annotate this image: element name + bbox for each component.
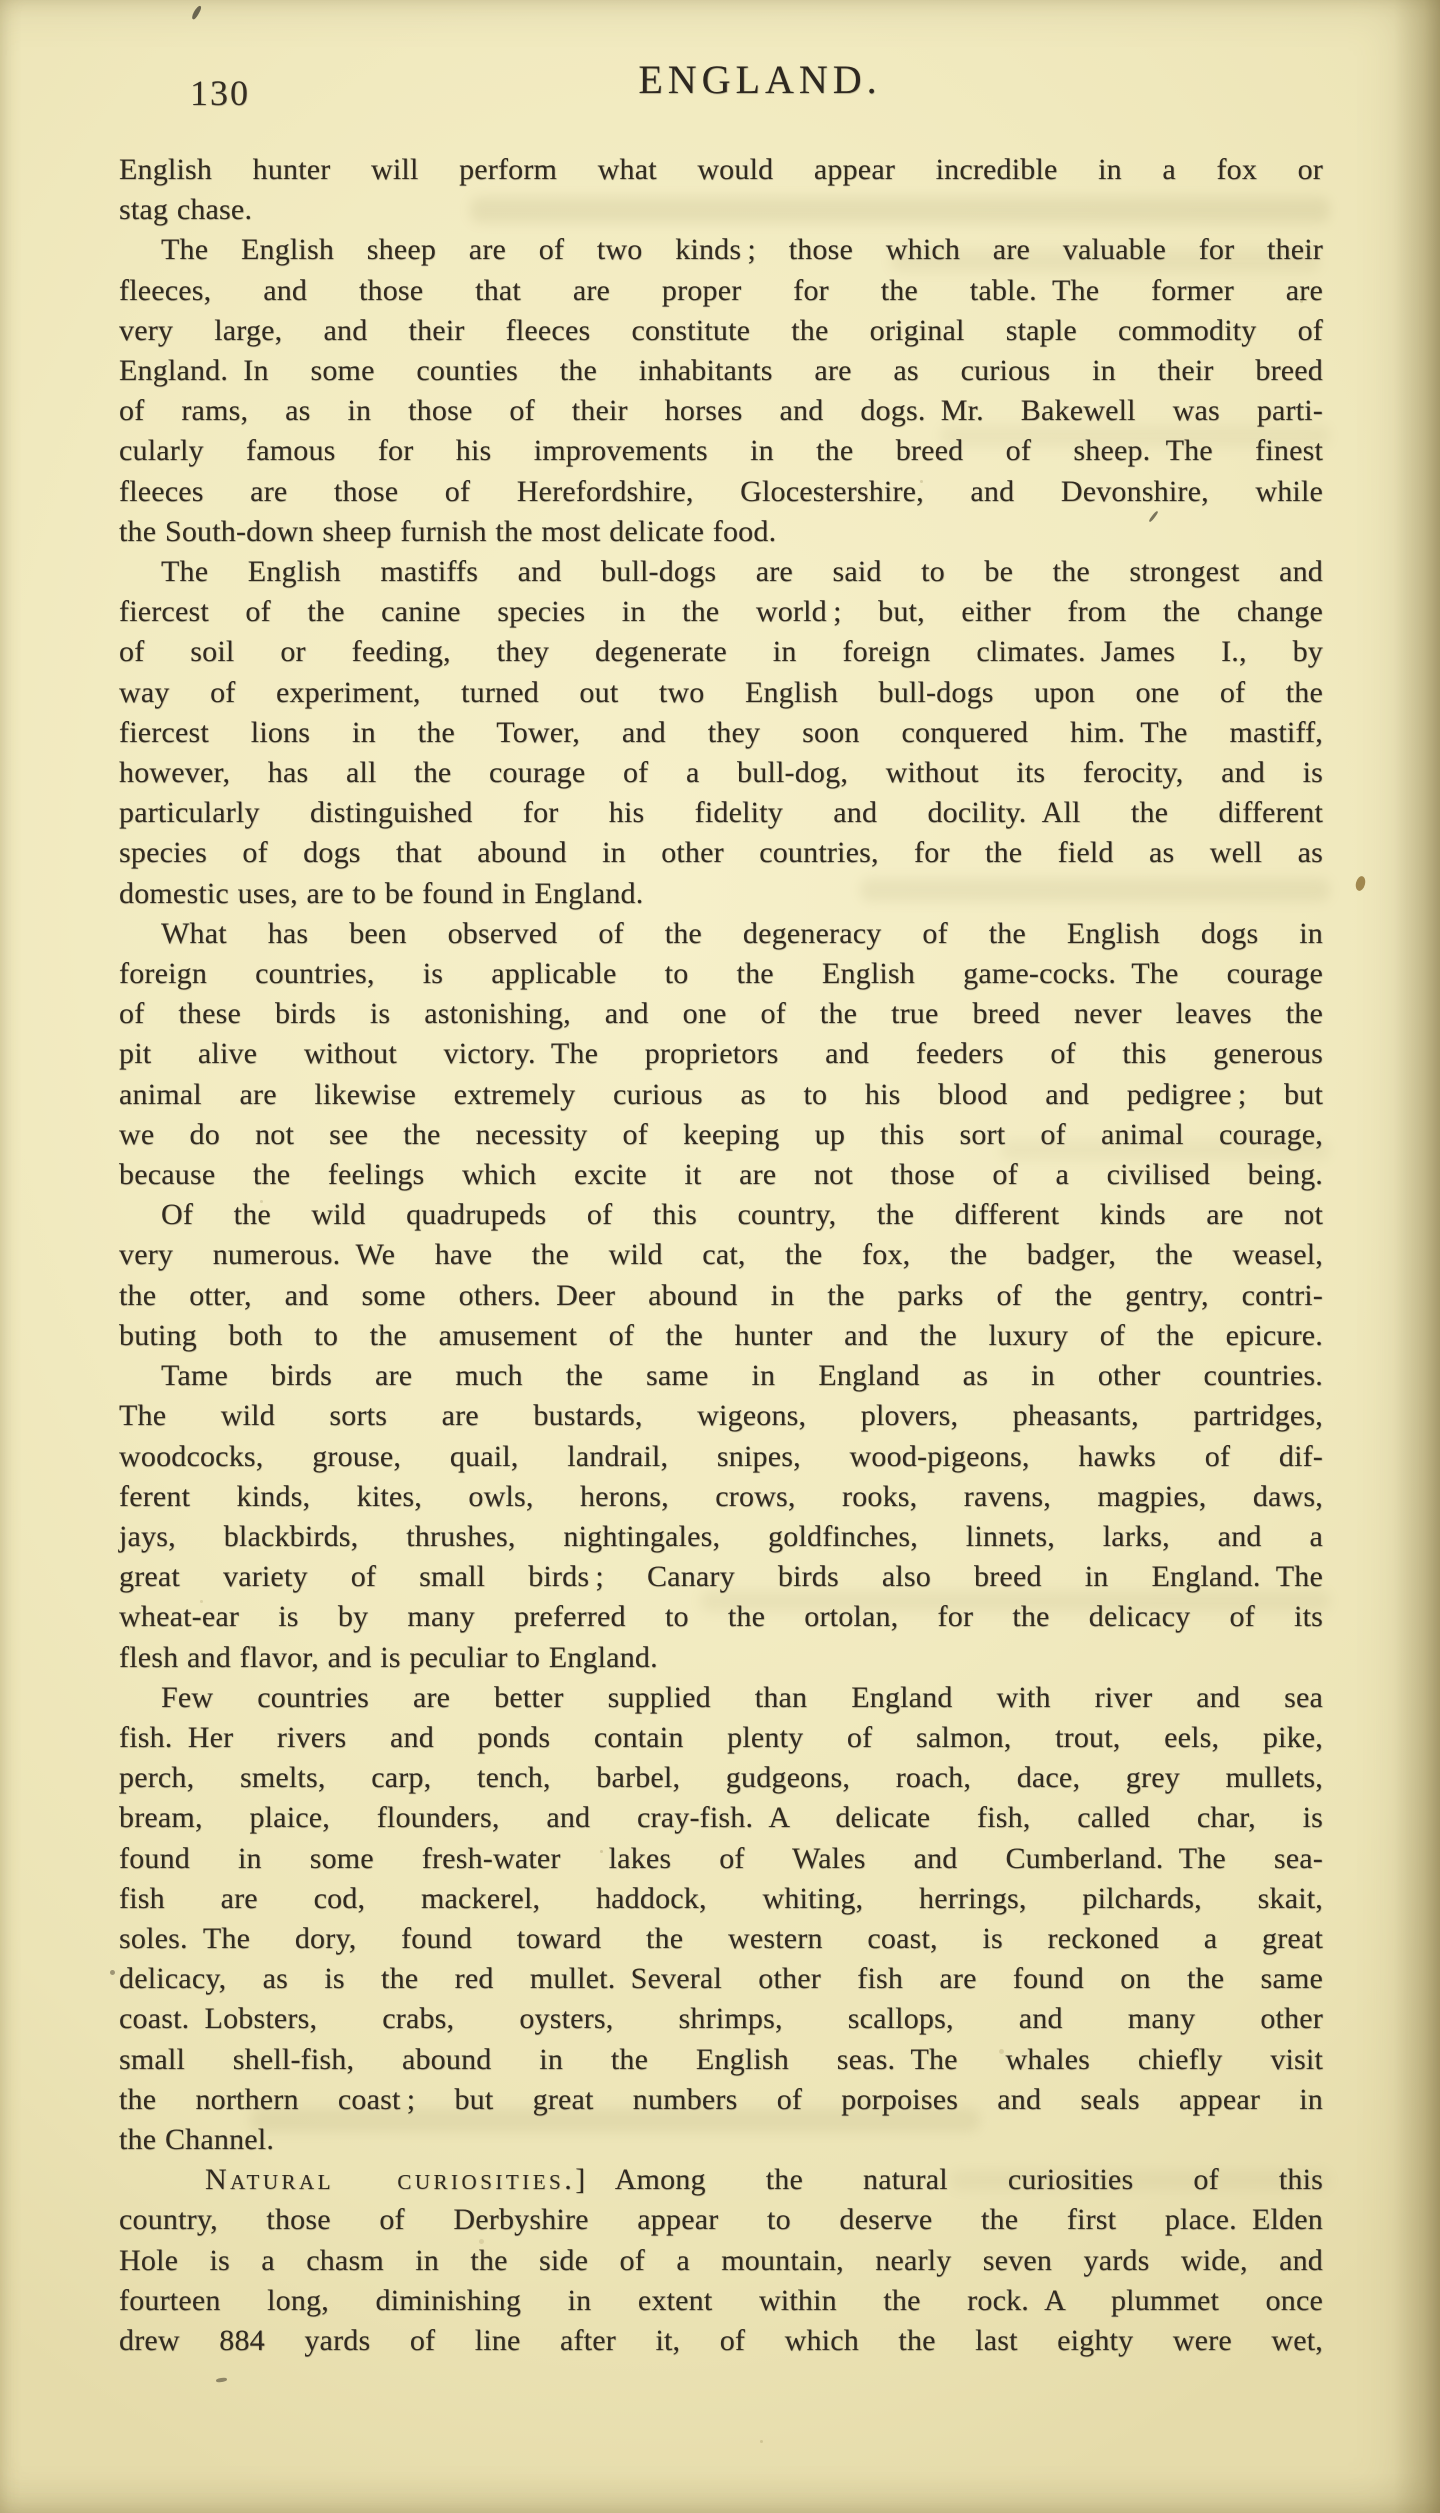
text-line: of these birds is astonishing, and one o… <box>119 994 1323 1034</box>
text-line: cularly famous for his improvements in t… <box>119 431 1323 471</box>
text-line: woodcocks, grouse, quail, landrail, snip… <box>119 1437 1323 1477</box>
text-line: English hunter will perform what would a… <box>119 150 1323 190</box>
paragraph: The English sheep are of two kinds ; tho… <box>119 230 1323 552</box>
text-line: England. In some counties the inhabitant… <box>119 351 1323 391</box>
text-line: the northern coast ; but great numbers o… <box>119 2080 1323 2120</box>
text-line: perch, smelts, carp, tench, barbel, gudg… <box>119 1758 1323 1798</box>
text-line: of soil or feeding, they degenerate in f… <box>119 632 1323 672</box>
text-line: fish. Her rivers and ponds contain plent… <box>119 1718 1323 1758</box>
text-line: very large, and their fleeces constitute… <box>119 311 1323 351</box>
text-line: The wild sorts are bustards, wigeons, pl… <box>119 1396 1323 1436</box>
text-line: flesh and flavor, and is peculiar to Eng… <box>119 1638 1323 1678</box>
text-line: buting both to the amusement of the hunt… <box>119 1316 1323 1356</box>
text-line: fleeces are those of Herefordshire, Gloc… <box>119 472 1323 512</box>
text-line: great variety of small birds ; Canary bi… <box>119 1557 1323 1597</box>
text-line: because the feelings which excite it are… <box>119 1155 1323 1195</box>
text-line: stag chase. <box>119 190 1323 230</box>
text-run: Among the natural curiosities of this <box>615 2163 1323 2196</box>
text-line: the Channel. <box>119 2120 1323 2160</box>
page-text: English hunter will perform what would a… <box>119 150 1323 2361</box>
text-line: Few countries are better supplied than E… <box>119 1678 1323 1718</box>
text-line: delicacy, as is the red mullet. Several … <box>119 1959 1323 1999</box>
text-line: Natural curiosities.]Among the natural c… <box>119 2160 1323 2200</box>
text-line: ferent kinds, kites, owls, herons, crows… <box>119 1477 1323 1517</box>
text-line: the South-down sheep furnish the most de… <box>119 512 1323 552</box>
text-line: country, those of Derbyshire appear to d… <box>119 2200 1323 2240</box>
text-line: particularly distinguished for his fidel… <box>119 793 1323 833</box>
text-line: of rams, as in those of their horses and… <box>119 391 1323 431</box>
text-line: small shell-fish, abound in the English … <box>119 2040 1323 2080</box>
text-line: What has been observed of the degeneracy… <box>119 914 1323 954</box>
text-line: jays, blackbirds, thrushes, nightingales… <box>119 1517 1323 1557</box>
text-line: however, has all the courage of a bull-d… <box>119 753 1323 793</box>
text-line: animal are likewise extremely curious as… <box>119 1075 1323 1115</box>
text-line: way of experiment, turned out two Englis… <box>119 673 1323 713</box>
text-line: pit alive without victory. The proprieto… <box>119 1034 1323 1074</box>
scanned-book-page: 130 ENGLAND. English hunter will perform… <box>0 0 1440 2513</box>
paragraph: The English mastiffs and bull-dogs are s… <box>119 552 1323 914</box>
text-line: we do not see the necessity of keeping u… <box>119 1115 1323 1155</box>
text-line: bream, plaice, flounders, and cray-fish.… <box>119 1798 1323 1838</box>
text-line: fourteen long, diminishing in extent wit… <box>119 2281 1323 2321</box>
text-line: species of dogs that abound in other cou… <box>119 833 1323 873</box>
text-line: fiercest of the canine species in the wo… <box>119 592 1323 632</box>
paragraph: What has been observed of the degeneracy… <box>119 914 1323 1195</box>
text-line: foreign countries, is applicable to the … <box>119 954 1323 994</box>
paragraph: Natural curiosities.]Among the natural c… <box>119 2160 1323 2361</box>
text-line: fish are cod, mackerel, haddock, whiting… <box>119 1879 1323 1919</box>
text-line: found in some fresh-water lakes of Wales… <box>119 1839 1323 1879</box>
section-heading: Natural curiosities.] <box>205 2163 589 2196</box>
text-line: fiercest lions in the Tower, and they so… <box>119 713 1323 753</box>
ink-stain <box>1354 875 1366 892</box>
text-line: coast. Lobsters, crabs, oysters, shrimps… <box>119 1999 1323 2039</box>
paragraph: Of the wild quadrupeds of this country, … <box>119 1195 1323 1356</box>
text-line: Of the wild quadrupeds of this country, … <box>119 1195 1323 1235</box>
text-line: fleeces, and those that are proper for t… <box>119 271 1323 311</box>
text-line: The English mastiffs and bull-dogs are s… <box>119 552 1323 592</box>
text-line: Hole is a chasm in the side of a mountai… <box>119 2241 1323 2281</box>
running-header: ENGLAND. <box>0 56 1440 103</box>
text-line: wheat-ear is by many preferred to the or… <box>119 1597 1323 1637</box>
text-line: The English sheep are of two kinds ; tho… <box>119 230 1323 270</box>
ink-mark <box>216 2377 227 2382</box>
ink-mark <box>110 1970 115 1975</box>
text-line: the otter, and some others. Deer abound … <box>119 1276 1323 1316</box>
text-line: drew 884 yards of line after it, of whic… <box>119 2321 1323 2361</box>
text-line: domestic uses, are to be found in Englan… <box>119 874 1323 914</box>
paragraph: English hunter will perform what would a… <box>119 150 1323 230</box>
text-line: soles. The dory, found toward the wester… <box>119 1919 1323 1959</box>
ink-mark <box>191 5 202 21</box>
text-line: very numerous. We have the wild cat, the… <box>119 1235 1323 1275</box>
paragraph: Few countries are better supplied than E… <box>119 1678 1323 2160</box>
paragraph: Tame birds are much the same in England … <box>119 1356 1323 1678</box>
text-line: Tame birds are much the same in England … <box>119 1356 1323 1396</box>
